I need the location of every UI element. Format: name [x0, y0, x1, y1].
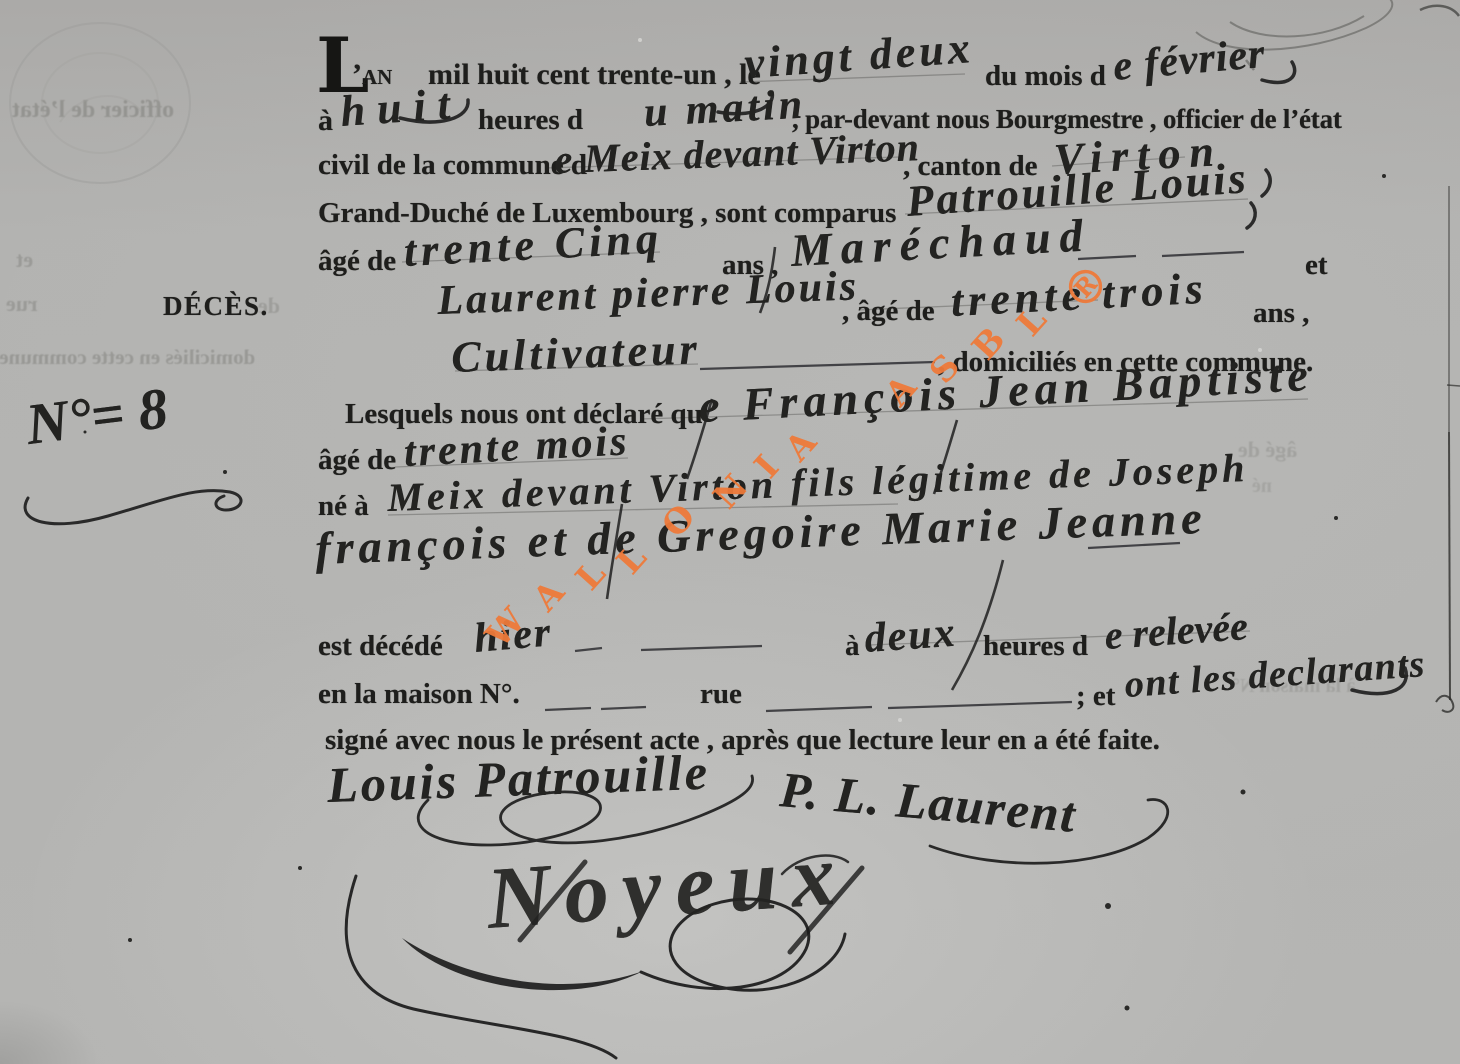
line14-print: signé avec nous le présent acte , après …	[325, 726, 1160, 755]
line5-hand-age: trente Cinq	[403, 216, 664, 274]
act-type-label: DÉCÈS.	[163, 293, 269, 320]
death-record-scan: officier de l’état de et rue domiciliés …	[0, 0, 1460, 1064]
bleed-right-ne: né	[1252, 476, 1272, 497]
line12-hand-hour: deux	[863, 612, 958, 660]
line9-print: âgé de	[318, 446, 396, 475]
line1-hand-day: vingt deux	[743, 26, 975, 86]
line6-print-a: , âgé de	[842, 297, 935, 326]
line13-print-b: rue	[700, 680, 742, 709]
bleed-left-top: officier de l’état	[12, 98, 174, 123]
line13-hand-signers: ont les declarants	[1123, 645, 1426, 704]
act-number-flourish	[25, 491, 241, 524]
line13-print-a: en la maison N°.	[318, 680, 520, 709]
line2-print-a: à	[318, 106, 333, 136]
bleed-left-rue: rue	[6, 292, 38, 315]
bleed-left-bottom: domiciliés en cette commune.	[0, 346, 255, 368]
line6-hand-declarant2: Laurent pierre Louis	[437, 265, 860, 322]
line1-print-month: du mois d	[985, 62, 1106, 91]
signature-witness1: Louis Patrouille	[326, 747, 710, 810]
line3-print-a: civil de la commune d	[318, 151, 587, 180]
bleed-left-et: et	[16, 248, 33, 271]
line12-print-b: à	[845, 632, 860, 661]
line1-hand-month: e février	[1111, 33, 1267, 88]
line6-print-b: ans ,	[1253, 299, 1309, 328]
line13-print-c: ; et	[1076, 682, 1115, 711]
line2-hand-hour: huit	[339, 82, 463, 134]
line5-print-a: âgé de	[318, 247, 396, 276]
line12-print-c: heures d	[983, 632, 1088, 661]
signature-officer: Noyeux	[484, 831, 852, 944]
page-fold-line	[1436, 186, 1460, 712]
line2-print-b: heures d	[478, 106, 583, 135]
line9-hand-age: trente mois	[403, 420, 630, 474]
line10-print: né à	[318, 492, 369, 521]
line12-hand-meridiem: e relevée	[1103, 606, 1249, 656]
line2-hand-meridiem: u matin	[643, 84, 807, 134]
line7-hand-profession: Cultivateur	[450, 327, 701, 380]
line3-hand-commune: e Meix devant Virton	[554, 127, 921, 180]
line12-print-a: est décédé	[318, 632, 443, 661]
line5-print-et: et	[1305, 251, 1328, 280]
corner-mark	[1420, 6, 1459, 16]
act-number: N°= 8	[23, 379, 171, 454]
